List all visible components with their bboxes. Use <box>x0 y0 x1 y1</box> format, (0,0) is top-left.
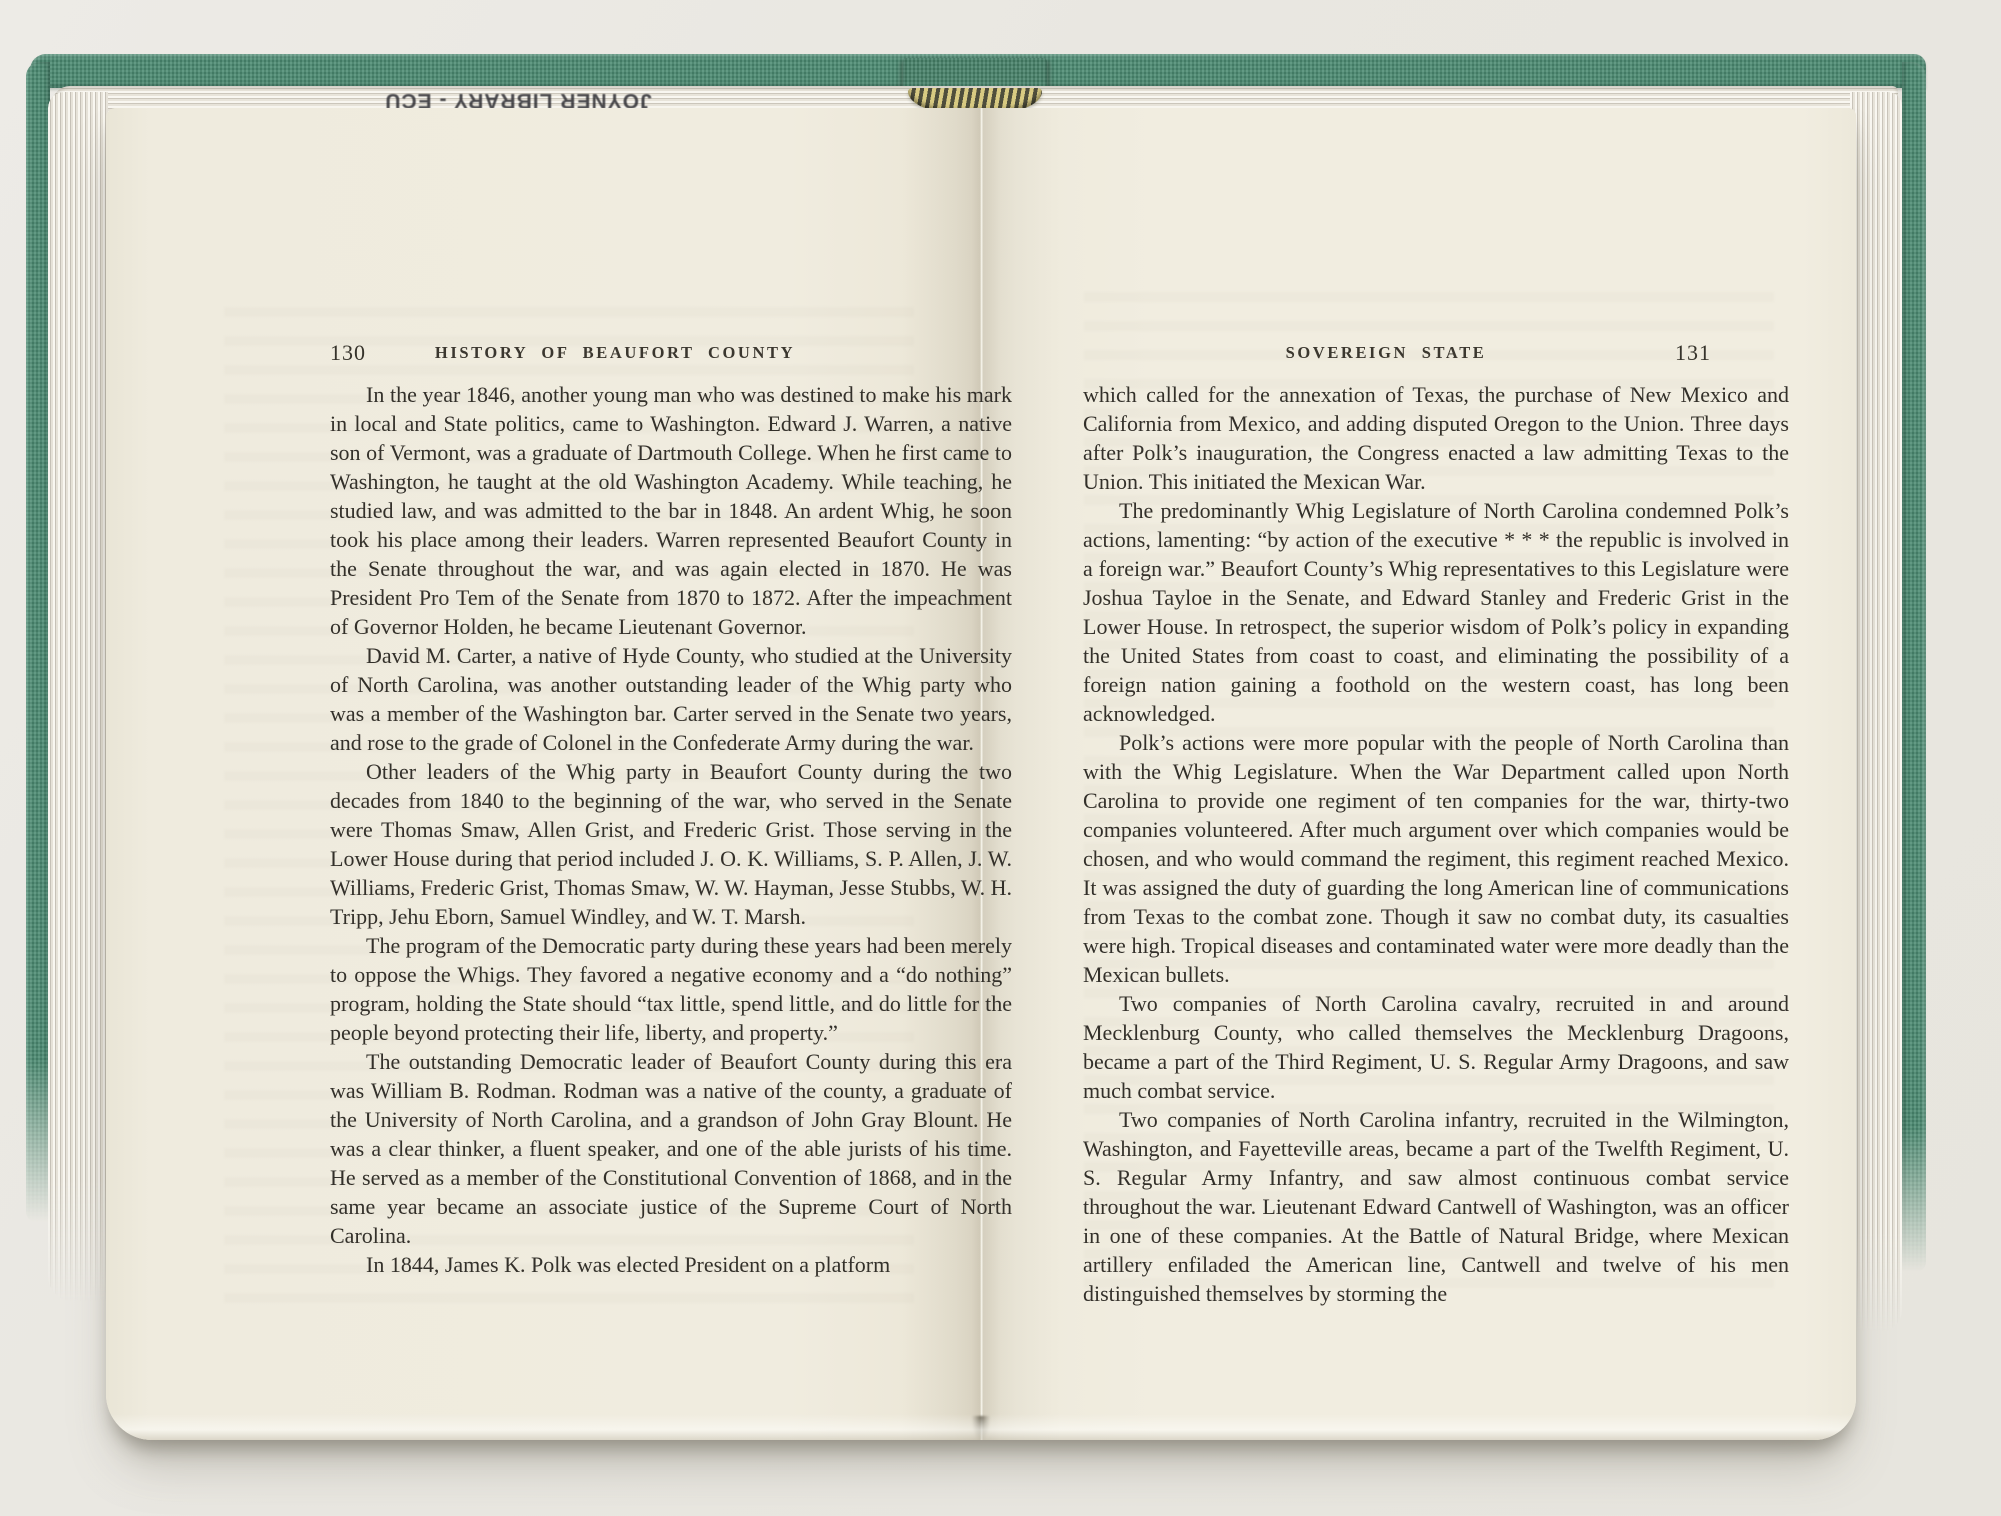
paragraph: Two companies of North Carolina cavalry,… <box>1083 989 1789 1105</box>
book-cover-left-edge <box>26 62 50 1222</box>
book-cover-right-edge <box>1902 62 1926 1272</box>
page-bottom-edge-highlight <box>106 1414 1856 1440</box>
paragraph: The program of the Democratic party duri… <box>330 931 1012 1047</box>
left-page-body: In the year 1846, another young man who … <box>330 380 1012 1279</box>
left-running-head: 130 HISTORY OF BEAUFORT COUNTY <box>330 340 1012 370</box>
paragraph: In the year 1846, another young man who … <box>330 380 1012 641</box>
paragraph: Polk’s actions were more popular with th… <box>1083 728 1789 989</box>
right-page-body: which called for the annexation of Texas… <box>1083 380 1789 1308</box>
paragraph: which called for the annexation of Texas… <box>1083 380 1789 496</box>
left-running-title: HISTORY OF BEAUFORT COUNTY <box>274 343 956 363</box>
paragraph: Other leaders of the Whig party in Beauf… <box>330 757 1012 931</box>
paragraph: Two companies of North Carolina infantry… <box>1083 1105 1789 1308</box>
paragraph: In 1844, James K. Polk was elected Presi… <box>330 1250 1012 1279</box>
paragraph: The outstanding Democratic leader of Bea… <box>330 1047 1012 1250</box>
paragraph: David M. Carter, a native of Hyde County… <box>330 641 1012 757</box>
right-running-head: SOVEREIGN STATE 131 <box>1083 340 1789 370</box>
open-book-scan: JOYNER LIBRARY - ECU 130 HISTORY OF BEAU… <box>0 0 2001 1516</box>
right-page-number: 131 <box>1675 340 1711 366</box>
page-edges-left <box>48 92 108 1302</box>
right-running-title: SOVEREIGN STATE <box>1033 343 1739 363</box>
page-edges-right <box>1850 92 1902 1332</box>
page-spread: 130 HISTORY OF BEAUFORT COUNTY In the ye… <box>106 108 1856 1440</box>
paragraph: The predominantly Whig Legislature of No… <box>1083 496 1789 728</box>
